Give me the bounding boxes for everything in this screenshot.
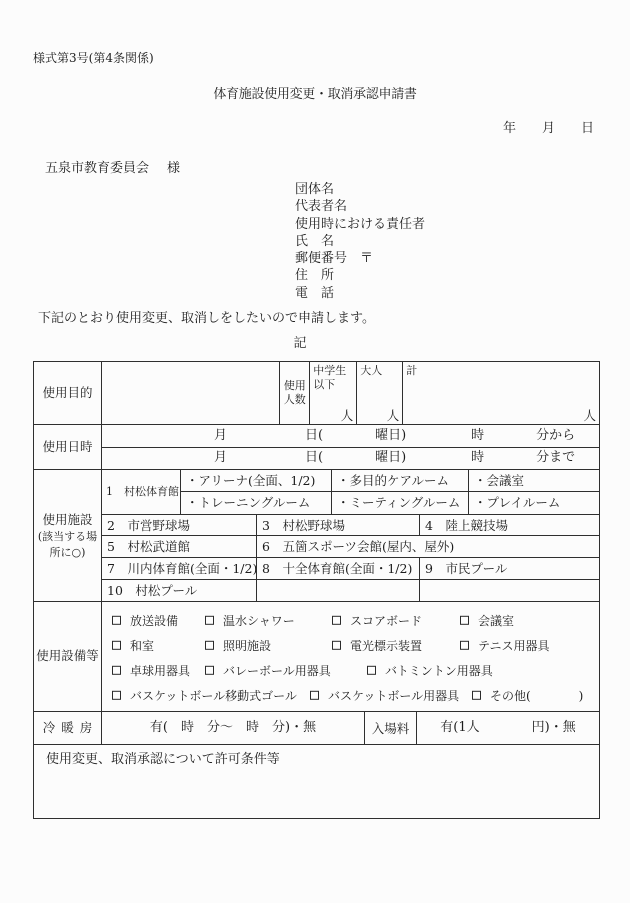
room-meeting-room: ・会議室: [468, 470, 599, 491]
facility-goka-sports-hall: 6 五箇スポーツ会館(屋内、屋外): [256, 536, 599, 557]
facility-label-note-line2: 所に○): [50, 545, 86, 561]
equipment-item-basketball: バスケットボール用器具: [310, 688, 459, 702]
checkbox-icon[interactable]: [310, 691, 319, 700]
applicant-line-responsible-person: 使用時における責任者: [295, 217, 425, 234]
checkbox-icon[interactable]: [460, 616, 469, 625]
people-col-junior-unit: 人: [341, 408, 354, 423]
people-col-junior: 中学生 以下 人: [309, 362, 356, 424]
equipment-row-2: 和室 照明施設 電光標示装置 テニス用器具: [102, 633, 599, 658]
equipment-row-1: 放送設備 温水シャワー スコアボード 会議室: [102, 608, 599, 633]
datetime-to: 月 日( 曜日) 時 分まで: [102, 447, 599, 470]
applicant-line-representative: 代表者名: [295, 199, 425, 216]
applicant-block: 団体名 代表者名 使用時における責任者 氏 名 郵便番号 〒 住 所 電 話: [295, 182, 425, 303]
facility-section: 使用施設 (該当する場 所に○) 1 村松体育館 ・アリーナ(全面、1/2) ・…: [34, 469, 599, 601]
checkbox-icon[interactable]: [472, 691, 481, 700]
facility-label-note-line1: (該当する場: [38, 529, 97, 545]
facility-cells: 1 村松体育館 ・アリーナ(全面、1/2) ・多目的ケアルーム ・会議室 ・トレ…: [101, 470, 599, 601]
facility-row-5: 10 村松プール: [102, 579, 599, 601]
facility-gym-rooms: ・アリーナ(全面、1/2) ・多目的ケアルーム ・会議室 ・トレーニングルーム …: [180, 470, 599, 514]
equipment-item-tennis-label: テニス用器具: [478, 638, 550, 652]
datetime-cells: 月 日( 曜日) 時 分から 月 日( 曜日) 時 分まで: [101, 425, 599, 469]
checkbox-icon[interactable]: [332, 641, 341, 650]
room-play-room: ・プレイルーム: [468, 492, 599, 513]
date-line: 年 月 日: [503, 121, 594, 137]
facility-row-4: 7 川内体育館(全面・1/2) 8 十全体育館(全面・1/2) 9 市民プール: [102, 557, 599, 579]
equipment-item-other-label: その他( ): [490, 688, 583, 702]
addressee-line: 五泉市教育委員会様: [45, 161, 180, 177]
applicant-line-address: 住 所: [295, 268, 425, 285]
checkbox-icon[interactable]: [112, 666, 121, 675]
facility-muramatsu-gym: 1 村松体育館: [102, 470, 180, 514]
equipment-item-table-tennis: 卓球用器具: [112, 663, 190, 677]
intro-sentence: 下記のとおり使用変更、取消しをしたいので申請します。: [38, 311, 375, 327]
conditions-text: 使用変更、取消承認について許可条件等: [34, 745, 599, 818]
equipment-item-broadcast: 放送設備: [112, 613, 178, 627]
applicant-line-phone: 電 話: [295, 286, 425, 303]
checkbox-icon[interactable]: [367, 666, 376, 675]
people-count-label-line2: 人数: [284, 393, 306, 407]
equipment-item-scoreboard: スコアボード: [332, 613, 422, 627]
datetime-row: 使用日時 月 日( 曜日) 時 分から 月 日( 曜日) 時 分まで: [34, 424, 599, 469]
people-col-adult-header-line1: 大人: [360, 364, 399, 378]
equipment-item-tennis: テニス用器具: [460, 638, 550, 652]
equipment-item-lighting-label: 照明施設: [223, 638, 271, 652]
equipment-item-scoreboard-label: スコアボード: [350, 613, 422, 627]
applicant-line-postal-code: 郵便番号 〒: [295, 251, 425, 268]
room-meeting-room2: ・ミーティングルーム: [331, 492, 468, 513]
purpose-input-area: [101, 362, 279, 424]
equipment-item-basketball-label: バスケットボール用器具: [328, 688, 459, 702]
checkbox-icon[interactable]: [460, 641, 469, 650]
facility-gym-rooms-row2: ・トレーニングルーム ・ミーティングルーム ・プレイルーム: [181, 491, 599, 513]
equipment-item-japanese-room-label: 和室: [130, 638, 154, 652]
checkbox-icon[interactable]: [332, 616, 341, 625]
equipment-item-meeting-room: 会議室: [460, 613, 514, 627]
checkbox-icon[interactable]: [112, 691, 121, 700]
facility-row-gym: 1 村松体育館 ・アリーナ(全面、1/2) ・多目的ケアルーム ・会議室 ・トレ…: [102, 470, 599, 514]
purpose-label: 使用目的: [34, 362, 101, 424]
facility-city-ballpark: 2 市営野球場: [102, 515, 256, 536]
people-col-adult: 大人 人: [356, 362, 402, 424]
people-count-label-line1: 使用: [284, 379, 306, 393]
room-care-room: ・多目的ケアルーム: [331, 470, 468, 491]
checkbox-icon[interactable]: [205, 616, 214, 625]
equipment-item-hot-shower-label: 温水シャワー: [223, 613, 295, 627]
equipment-item-electric-display: 電光標示装置: [332, 638, 422, 652]
equipment-section: 使用設備等 放送設備 温水シャワー スコアボード 会議室 和室 照明施設 電光標…: [34, 601, 599, 711]
climate-admission-row: 冷 暖 房 有( 時 分～ 時 分)・無 入場料 有(1人 円)・無: [34, 711, 599, 744]
people-col-junior-header-line2: 以下: [313, 378, 353, 392]
people-col-adult-unit: 人: [387, 408, 400, 423]
facility-gym-rooms-row1: ・アリーナ(全面、1/2) ・多目的ケアルーム ・会議室: [181, 470, 599, 491]
admission-label: 入場料: [364, 712, 416, 744]
record-marker: 記: [0, 336, 600, 352]
applicant-line-name: 氏 名: [295, 234, 425, 251]
form-number: 様式第3号(第4条関係): [33, 51, 154, 65]
admission-value: 有(1人 円)・無: [416, 712, 599, 744]
people-col-junior-header-line1: 中学生: [313, 364, 353, 378]
facility-athletics-field: 4 陸上競技場: [419, 515, 599, 536]
equipment-row-3: 卓球用器具 バレーボール用器具 バトミントン用器具: [102, 658, 599, 683]
application-table: 使用目的 使用 人数 中学生 以下 人 大人 人 計: [33, 361, 600, 819]
addressee-name: 五泉市教育委員会: [45, 161, 149, 176]
equipment-item-lighting: 照明施設: [205, 638, 271, 652]
facility-muramatsu-ballpark: 3 村松野球場: [256, 515, 419, 536]
checkbox-icon[interactable]: [112, 616, 121, 625]
facility-label-title: 使用施設: [42, 511, 92, 529]
equipment-item-broadcast-label: 放送設備: [130, 613, 178, 627]
people-col-junior-header: 中学生 以下: [313, 364, 353, 393]
addressee-honorific: 様: [167, 161, 180, 176]
equipment-item-basketball-goal-label: バスケットボール移動式ゴール: [130, 688, 297, 702]
equipment-item-badminton-label: バトミントン用器具: [385, 663, 493, 677]
checkbox-icon[interactable]: [205, 641, 214, 650]
datetime-label: 使用日時: [34, 425, 101, 469]
facility-empty-cell-2: [419, 580, 599, 601]
equipment-item-volleyball: バレーボール用器具: [205, 663, 331, 677]
people-col-total-unit: 人: [584, 408, 597, 423]
facility-row-3: 5 村松武道館 6 五箇スポーツ会館(屋内、屋外): [102, 535, 599, 557]
equipment-item-meeting-room-label: 会議室: [478, 613, 514, 627]
people-col-total-header-line1: 計: [406, 364, 596, 378]
purpose-row: 使用目的 使用 人数 中学生 以下 人 大人 人 計: [34, 362, 599, 424]
people-count-label: 使用 人数: [279, 362, 309, 424]
people-col-adult-header: 大人: [360, 364, 399, 378]
equipment-item-badminton: バトミントン用器具: [367, 663, 493, 677]
datetime-from: 月 日( 曜日) 時 分から: [102, 425, 599, 447]
application-form-page: 様式第3号(第4条関係) 体育施設使用変更・取消承認申請書 年 月 日 五泉市教…: [0, 0, 630, 903]
equipment-item-hot-shower: 温水シャワー: [205, 613, 295, 627]
equipment-cells: 放送設備 温水シャワー スコアボード 会議室 和室 照明施設 電光標示装置 テニ…: [101, 602, 599, 711]
facility-kawauchi-gym: 7 川内体育館(全面・1/2): [102, 558, 256, 579]
conditions-row: 使用変更、取消承認について許可条件等: [34, 744, 599, 818]
facility-citizen-pool: 9 市民プール: [419, 558, 599, 579]
applicant-line-group-name: 団体名: [295, 182, 425, 199]
facility-empty-cell-1: [256, 580, 419, 601]
equipment-item-electric-display-label: 電光標示装置: [350, 638, 422, 652]
room-training-room: ・トレーニングルーム: [181, 492, 331, 513]
people-col-total: 計 人: [402, 362, 599, 424]
equipment-item-japanese-room: 和室: [112, 638, 154, 652]
climate-label: 冷 暖 房: [34, 712, 101, 744]
room-arena: ・アリーナ(全面、1/2): [181, 470, 331, 491]
facility-budokan: 5 村松武道館: [102, 536, 256, 557]
equipment-item-basketball-goal: バスケットボール移動式ゴール: [112, 688, 297, 702]
climate-value: 有( 時 分～ 時 分)・無: [101, 712, 364, 744]
equipment-label: 使用設備等: [34, 602, 101, 711]
checkbox-icon[interactable]: [112, 641, 121, 650]
facility-label: 使用施設 (該当する場 所に○): [34, 470, 101, 601]
people-col-total-header: 計: [406, 364, 596, 378]
equipment-item-volleyball-label: バレーボール用器具: [223, 663, 331, 677]
checkbox-icon[interactable]: [205, 666, 214, 675]
facility-row-2: 2 市営野球場 3 村松野球場 4 陸上競技場: [102, 514, 599, 536]
page-title: 体育施設使用変更・取消承認申請書: [0, 87, 630, 103]
facility-juzen-gym: 8 十全体育館(全面・1/2): [256, 558, 419, 579]
equipment-item-table-tennis-label: 卓球用器具: [130, 663, 190, 677]
equipment-row-4: バスケットボール移動式ゴール バスケットボール用器具 その他( ): [102, 683, 599, 708]
facility-muramatsu-pool: 10 村松プール: [102, 580, 256, 601]
equipment-item-other: その他( ): [472, 688, 583, 702]
